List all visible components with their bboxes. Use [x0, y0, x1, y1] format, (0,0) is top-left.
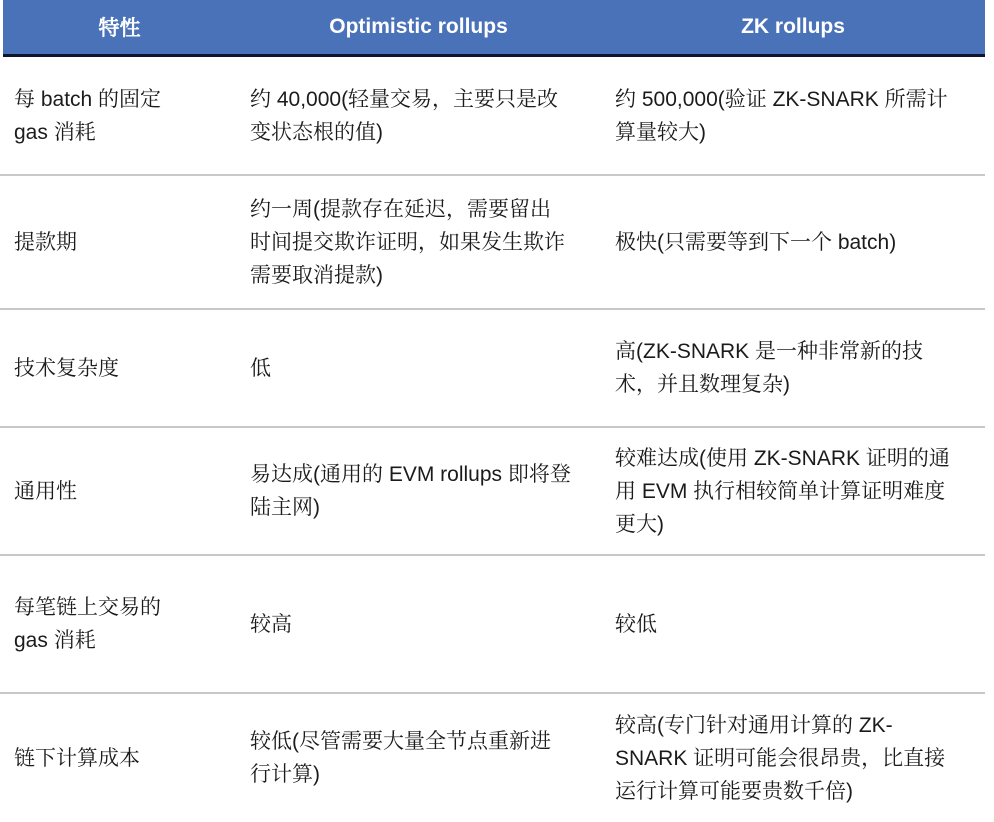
cell-feature: 链下计算成本: [0, 742, 236, 775]
cell-optimistic: 约 40,000(轻量交易，主要只是改变状态根的值): [236, 83, 601, 149]
cell-zk: 较低: [601, 608, 985, 641]
cell-feature: 每 batch 的固定 gas 消耗: [0, 83, 236, 149]
table-row: 每笔链上交易的 gas 消耗 较高 较低: [0, 556, 985, 694]
cell-zk: 约 500,000(验证 ZK-SNARK 所需计算量较大): [601, 83, 985, 149]
cell-feature: 通用性: [0, 475, 236, 508]
cell-feature: 每笔链上交易的 gas 消耗: [0, 591, 236, 657]
cell-zk: 较高(专门针对通用计算的 ZK-SNARK 证明可能会很昂贵，比直接运行计算可能…: [601, 709, 985, 808]
header-cell-feature: 特性: [3, 12, 236, 42]
cell-optimistic: 较高: [236, 608, 601, 641]
header-cell-zk-rollups: ZK rollups: [601, 15, 985, 39]
table-row: 链下计算成本 较低(尽管需要大量全节点重新进行计算) 较高(专门针对通用计算的 …: [0, 694, 985, 822]
table-row: 通用性 易达成(通用的 EVM rollups 即将登陆主网) 较难达成(使用 …: [0, 428, 985, 556]
comparison-table: 特性 Optimistic rollups ZK rollups 每 batch…: [0, 0, 994, 822]
cell-optimistic: 较低(尽管需要大量全节点重新进行计算): [236, 725, 601, 791]
header-cell-optimistic-rollups: Optimistic rollups: [236, 15, 601, 39]
cell-optimistic: 低: [236, 352, 601, 385]
cell-feature: 提款期: [0, 226, 236, 259]
cell-zk: 较难达成(使用 ZK-SNARK 证明的通用 EVM 执行相较简单计算证明难度更…: [601, 442, 985, 541]
cell-zk: 高(ZK-SNARK 是一种非常新的技术，并且数理复杂): [601, 335, 985, 401]
table-row: 每 batch 的固定 gas 消耗 约 40,000(轻量交易，主要只是改变状…: [0, 57, 985, 176]
cell-zk: 极快(只需要等到下一个 batch): [601, 226, 985, 259]
rollups-comparison-page: 特性 Optimistic rollups ZK rollups 每 batch…: [0, 0, 994, 822]
cell-optimistic: 约一周(提款存在延迟，需要留出时间提交欺诈证明，如果发生欺诈需要取消提款): [236, 193, 601, 292]
table-header-row: 特性 Optimistic rollups ZK rollups: [3, 0, 985, 57]
cell-feature: 技术复杂度: [0, 352, 236, 385]
table-row: 技术复杂度 低 高(ZK-SNARK 是一种非常新的技术，并且数理复杂): [0, 310, 985, 428]
table-row: 提款期 约一周(提款存在延迟，需要留出时间提交欺诈证明，如果发生欺诈需要取消提款…: [0, 176, 985, 310]
cell-optimistic: 易达成(通用的 EVM rollups 即将登陆主网): [236, 458, 601, 524]
